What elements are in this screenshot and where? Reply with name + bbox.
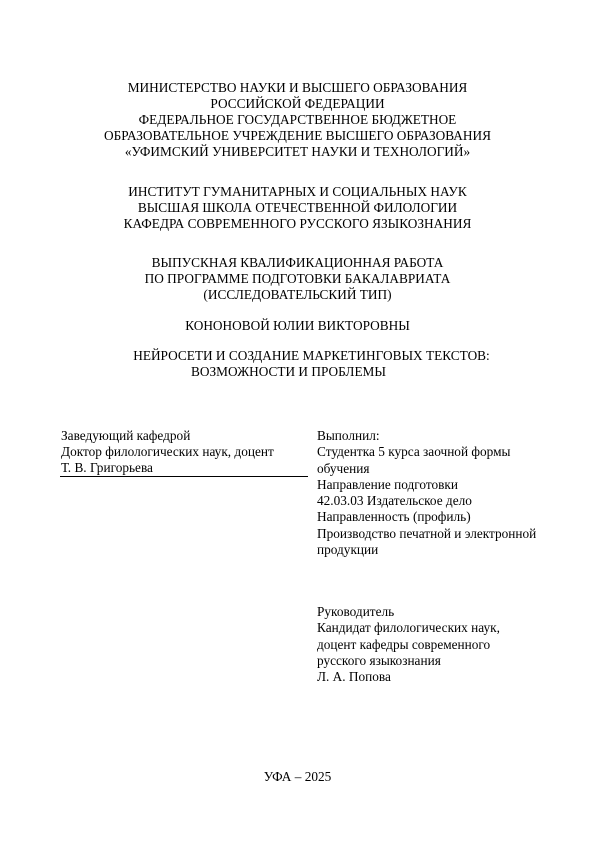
city-year: УФА – 2025 [0,769,595,785]
header-line: РОССИЙСКОЙ ФЕДЕРАЦИИ [0,96,595,112]
header-line: МИНИСТЕРСТВО НАУКИ И ВЫСШЕГО ОБРАЗОВАНИЯ [0,80,595,96]
header-line: ОБРАЗОВАТЕЛЬНОЕ УЧРЕЖДЕНИЕ ВЫСШЕГО ОБРАЗ… [0,128,595,144]
supervisor-block: Руководитель Кандидат филологических нау… [317,604,562,685]
header-line: КАФЕДРА СОВРЕМЕННОГО РУССКОГО ЯЗЫКОЗНАНИ… [0,216,595,232]
supervisor-line: Руководитель [317,604,562,620]
supervisor-line: Л. А. Попова [317,669,562,685]
ministry-header: МИНИСТЕРСТВО НАУКИ И ВЫСШЕГО ОБРАЗОВАНИЯ… [0,80,595,160]
work-type-line: (ИССЛЕДОВАТЕЛЬСКИЙ ТИП) [0,287,595,303]
head-title: Заведующий кафедрой [61,428,311,444]
signature-line [60,476,308,477]
head-name: Т. В. Григорьева [61,460,311,476]
performer-line: Выполнил: [317,428,562,444]
topic-line: НЕЙРОСЕТИ И СОЗДАНИЕ МАРКЕТИНГОВЫХ ТЕКСТ… [14,348,595,364]
supervisor-line: Кандидат филологических наук, [317,620,562,636]
head-of-department-block: Заведующий кафедрой Доктор филологически… [61,428,311,476]
work-type-line: ВЫПУСКНАЯ КВАЛИФИКАЦИОННАЯ РАБОТА [0,255,595,271]
header-line: ИНСТИТУТ ГУМАНИТАРНЫХ И СОЦИАЛЬНЫХ НАУК [0,184,595,200]
performer-line: продукции [317,542,562,558]
header-line: ВЫСШАЯ ШКОЛА ОТЕЧЕСТВЕННОЙ ФИЛОЛОГИИ [0,200,595,216]
performer-line: Направленность (профиль) [317,509,562,525]
supervisor-line: русского языкознания [317,653,562,669]
performer-line: 42.03.03 Издательское дело [317,493,562,509]
supervisor-line: доцент кафедры современного [317,637,562,653]
work-type: ВЫПУСКНАЯ КВАЛИФИКАЦИОННАЯ РАБОТА ПО ПРО… [0,255,595,303]
performer-line: Студентка 5 курса заочной формы [317,444,562,460]
head-degree: Доктор филологических наук, доцент [61,444,311,460]
performer-block: Выполнил: Студентка 5 курса заочной форм… [317,428,562,558]
institute-header: ИНСТИТУТ ГУМАНИТАРНЫХ И СОЦИАЛЬНЫХ НАУК … [0,184,595,232]
header-line: «УФИМСКИЙ УНИВЕРСИТЕТ НАУКИ И ТЕХНОЛОГИЙ… [0,144,595,160]
performer-line: Направление подготовки [317,477,562,493]
work-type-line: ПО ПРОГРАММЕ ПОДГОТОВКИ БАКАЛАВРИАТА [0,271,595,287]
thesis-topic: НЕЙРОСЕТИ И СОЗДАНИЕ МАРКЕТИНГОВЫХ ТЕКСТ… [14,348,595,380]
performer-line: Производство печатной и электронной [317,526,562,542]
author-line: КОНОНОВОЙ ЮЛИИ ВИКТОРОВНЫ [0,318,595,334]
author-name: КОНОНОВОЙ ЮЛИИ ВИКТОРОВНЫ [0,318,595,334]
topic-line: ВОЗМОЖНОСТИ И ПРОБЛЕМЫ [0,364,595,380]
performer-line: обучения [317,461,562,477]
header-line: ФЕДЕРАЛЬНОЕ ГОСУДАРСТВЕННОЕ БЮДЖЕТНОЕ [0,112,595,128]
